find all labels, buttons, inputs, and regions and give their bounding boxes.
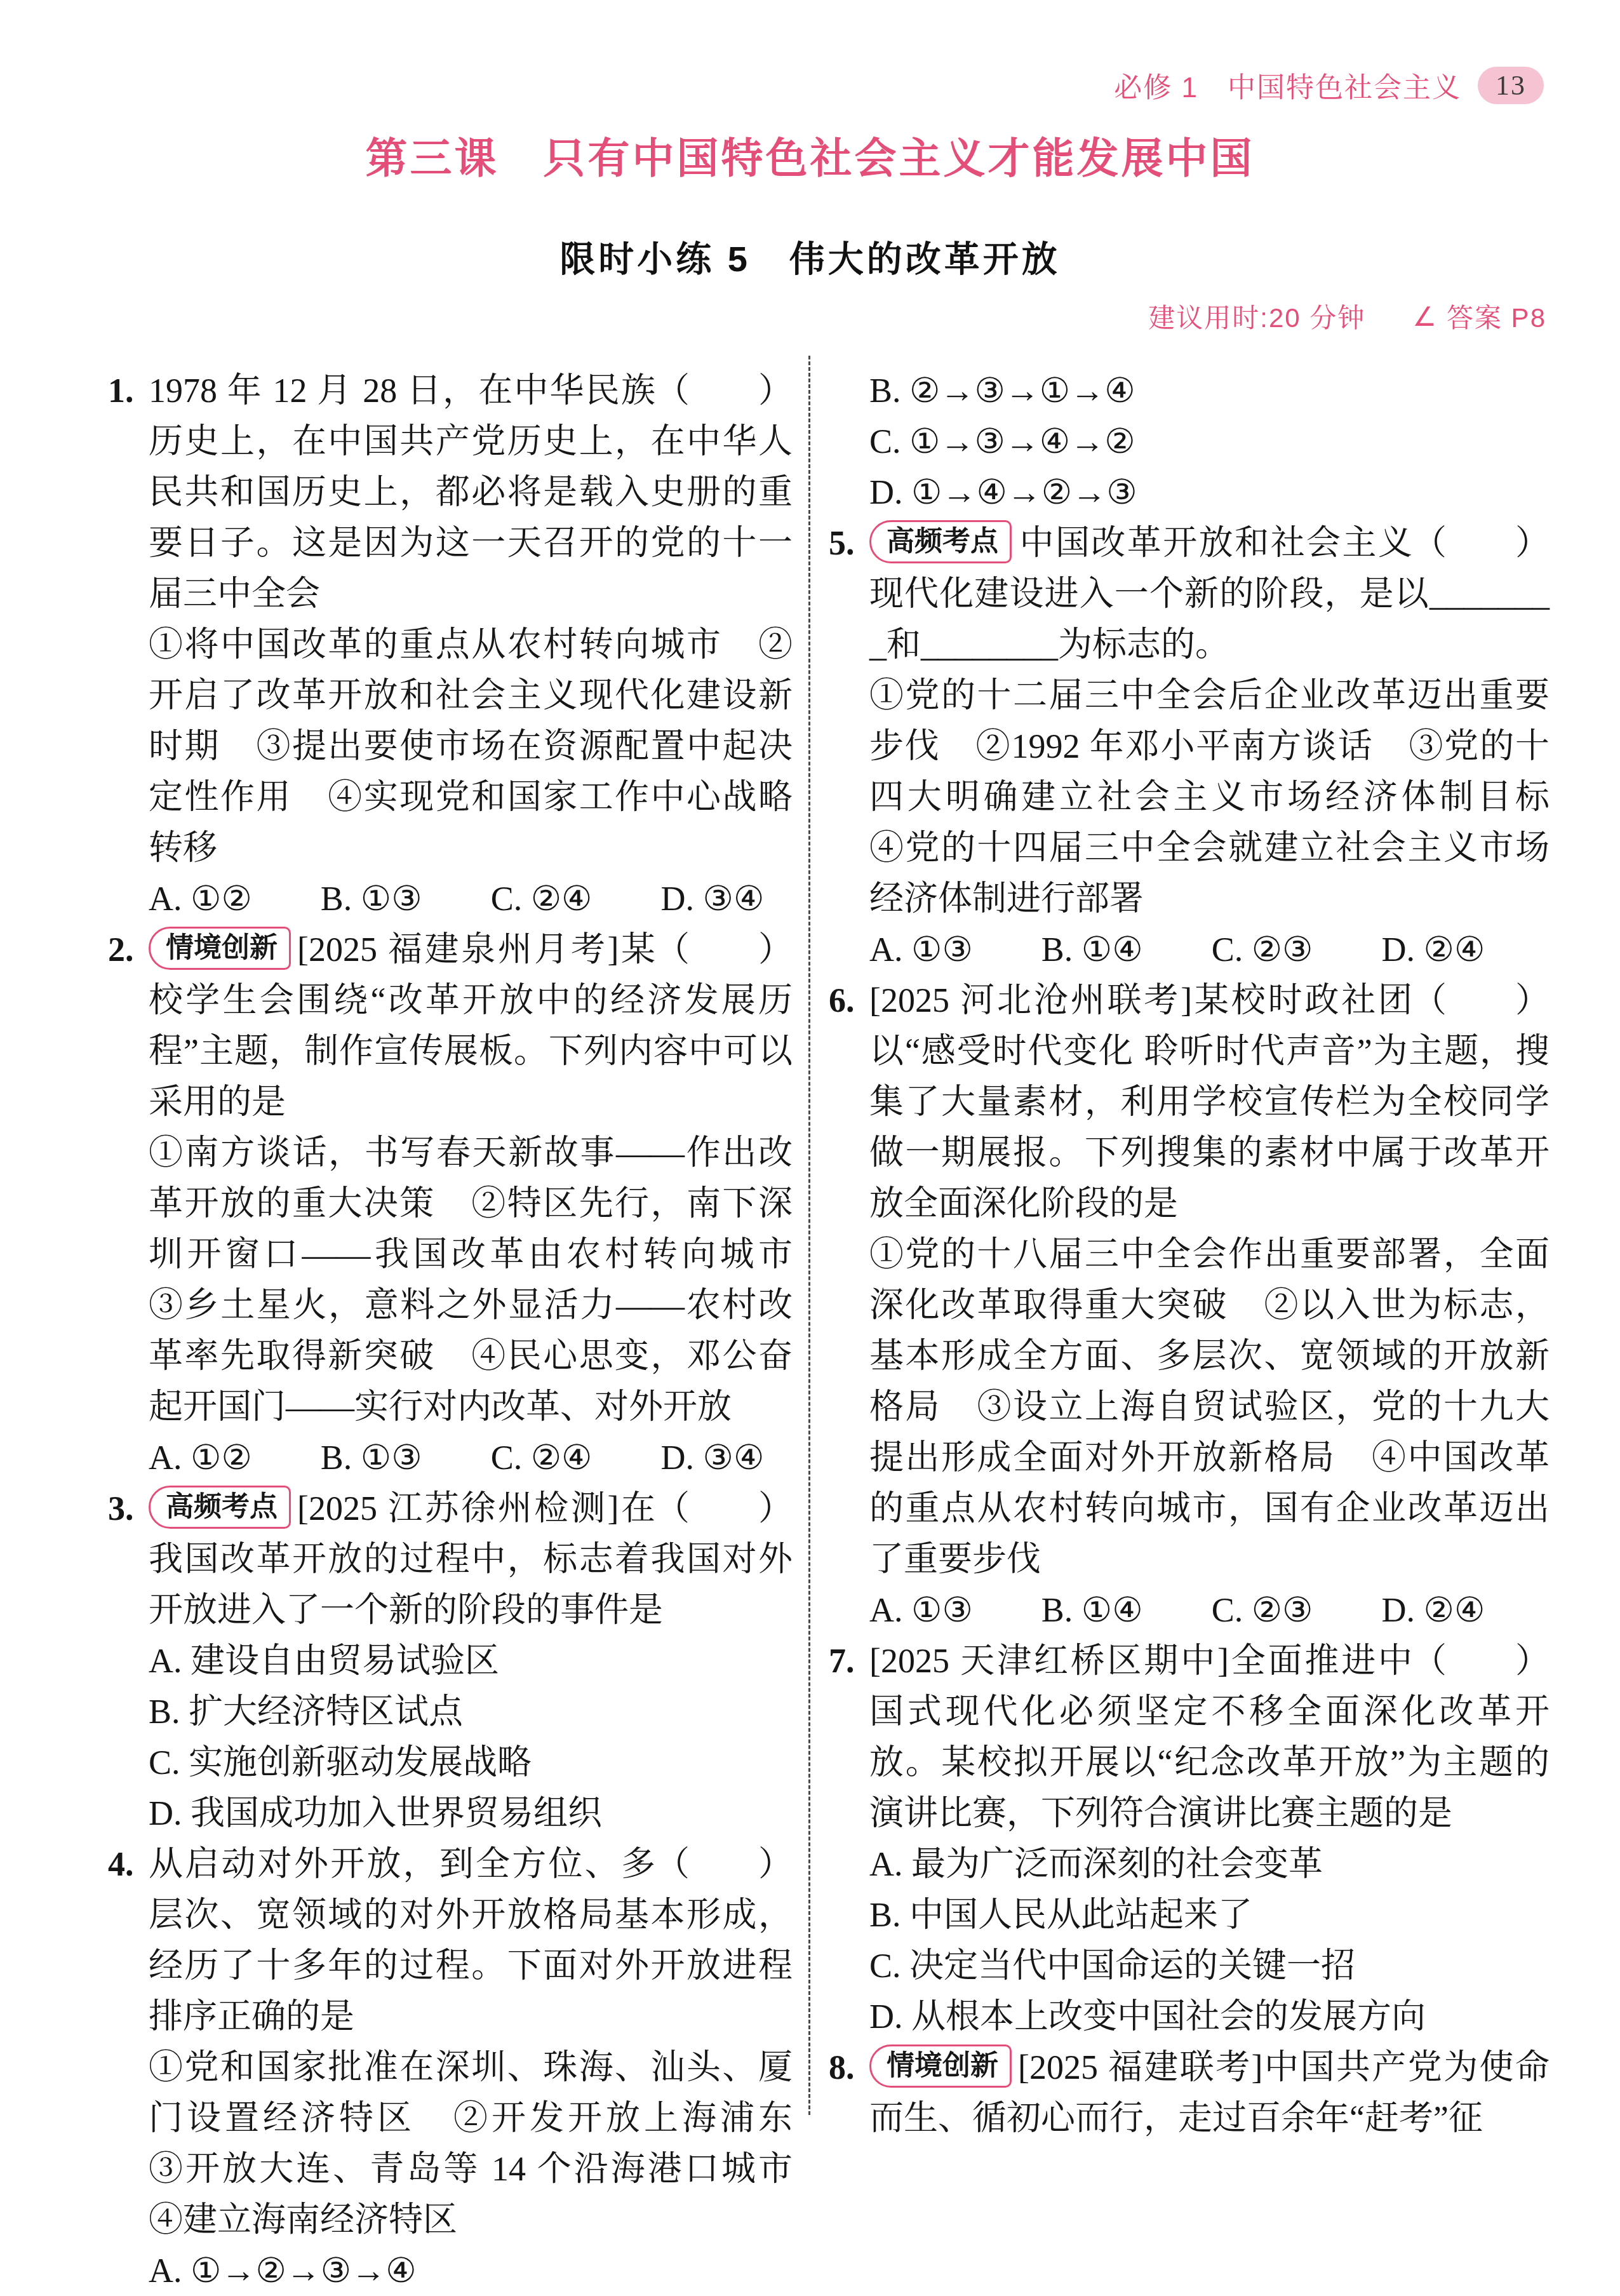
question-3: 3. （ ）高频考点[2025 江苏徐州检测]在我国改革开放的过程中，标志着我国… [108, 1483, 793, 1839]
answer-reference: 答案 P8 [1447, 297, 1546, 335]
option-line-b: B. 中国人民从此站起来了 [869, 1890, 1550, 1940]
question-stem: （ ）1978 年 12 月 28 日，在中华民族历史上，在中国共产党历史上，在… [149, 365, 793, 619]
question-2: 2. （ ）情境创新[2025 福建泉州月考]某校学生会围绕“改革开放中的经济发… [108, 924, 793, 1483]
situational-innovation-badge: 情境创新 [869, 2044, 1012, 2088]
answer-bracket: （ ） [1412, 1635, 1550, 1686]
question-options: A. ①② B. ①③ C. ②④ D. ③④ [149, 1432, 793, 1483]
suggested-time: 建议用时:20 分钟 [1148, 297, 1365, 335]
question-source: [2025 河北沧州联考] [869, 981, 1192, 1019]
answer-bracket: （ ） [1412, 518, 1550, 568]
meta-line: 建议用时:20 分钟 ∠ 答案 P8 [1148, 297, 1546, 335]
question-items: ①党的十二届三中全会后企业改革迈出重要步伐 ②1992 年邓小平南方谈话 ③党的… [869, 670, 1550, 924]
option-line-a: A. 最为广泛而深刻的社会变革 [869, 1839, 1550, 1890]
question-number: 6. [829, 975, 855, 1026]
question-8: 8. 情境创新[2025 福建联考]中国共产党为使命而生、循初心而行，走过百余年… [829, 2042, 1550, 2144]
answer-bracket: （ ） [655, 1839, 793, 1890]
question-7: 7. （ ）[2025 天津红桥区期中]全面推进中国式现代化必须坚定不移全面深化… [829, 1635, 1550, 2042]
question-4-options-continuation: B. ②→③→①→④ C. ①→③→④→② D. ①→④→②→③ [829, 365, 1550, 518]
question-source: [2025 江苏徐州检测] [297, 1489, 619, 1527]
option-line-b: B. 扩大经济特区试点 [149, 1686, 793, 1737]
question-options: A. ①③ B. ①④ C. ②③ D. ②④ [869, 924, 1550, 975]
question-number: 2. [108, 924, 134, 975]
exercise-title: 限时小练 5 伟大的改革开放 [0, 231, 1620, 282]
option-line-a: A. ①→②→③→④ [149, 2245, 793, 2296]
high-frequency-point-badge: 高频考点 [869, 520, 1012, 563]
question-number: 5. [829, 518, 855, 568]
option-line-c: C. ①→③→④→② [869, 416, 1550, 467]
answer-pencil-icon: ∠ [1412, 301, 1438, 332]
option-line-d: D. 从根本上改变中国社会的发展方向 [869, 1991, 1550, 2042]
answer-bracket: （ ） [1412, 975, 1550, 1026]
question-number: 3. [108, 1483, 134, 1534]
question-source: [2025 福建泉州月考] [297, 930, 619, 969]
question-stem: （ ）[2025 河北沧州联考]某校时政社团以“感受时代变化 聆听时代声音”为主… [869, 975, 1550, 1229]
question-1: 1. （ ）1978 年 12 月 28 日，在中华民族历史上，在中国共产党历史… [108, 365, 793, 924]
question-stem: （ ）情境创新[2025 福建泉州月考]某校学生会围绕“改革开放中的经济发展历程… [149, 924, 793, 1127]
answer-bracket: （ ） [655, 365, 793, 416]
question-number: 8. [829, 2042, 855, 2093]
question-stem: （ ）[2025 天津红桥区期中]全面推进中国式现代化必须坚定不移全面深化改革开… [869, 1635, 1550, 1839]
course-label: 必修 1 中国特色社会主义 [1114, 65, 1461, 105]
question-number: 1. [108, 365, 134, 416]
right-column: B. ②→③→①→④ C. ①→③→④→② D. ①→④→②→③ 5. （ ）高… [829, 365, 1550, 2144]
question-options: A. ①② B. ①③ C. ②④ D. ③④ [149, 873, 793, 924]
answer-bracket: （ ） [655, 924, 793, 975]
question-source: [2025 天津红桥区期中] [869, 1642, 1229, 1680]
lesson-title: 第三课 只有中国特色社会主义才能发展中国 [0, 124, 1620, 185]
page-header: 必修 1 中国特色社会主义 13 [1114, 65, 1544, 105]
option-line-a: A. 建设自由贸易试验区 [149, 1635, 793, 1686]
option-line-b: B. ②→③→①→④ [869, 365, 1550, 416]
question-number: 7. [829, 1635, 855, 1686]
option-line-d: D. ①→④→②→③ [869, 467, 1550, 518]
question-5: 5. （ ）高频考点中国改革开放和社会主义现代化建设进入一个新的阶段，是以___… [829, 518, 1550, 975]
high-frequency-point-badge: 高频考点 [149, 1486, 291, 1529]
question-4: 4. （ ）从启动对外开放，到全方位、多层次、宽领域的对外开放格局基本形成，经历… [108, 1839, 793, 2296]
question-items: ①党和国家批准在深圳、珠海、汕头、厦门设置经济特区 ②开发开放上海浦东 ③开放大… [149, 2042, 793, 2245]
question-stem: （ ）从启动对外开放，到全方位、多层次、宽领域的对外开放格局基本形成，经历了十多… [149, 1839, 793, 2042]
question-items: ①南方谈话，书写春天新故事——作出改革开放的重大决策 ②特区先行，南下深圳开窗口… [149, 1127, 793, 1432]
question-6: 6. （ ）[2025 河北沧州联考]某校时政社团以“感受时代变化 聆听时代声音… [829, 975, 1550, 1635]
question-stem: （ ）高频考点[2025 江苏徐州检测]在我国改革开放的过程中，标志着我国对外开… [149, 1483, 793, 1635]
left-column: 1. （ ）1978 年 12 月 28 日，在中华民族历史上，在中国共产党历史… [108, 365, 793, 2296]
situational-innovation-badge: 情境创新 [149, 927, 291, 970]
question-items: ①将中国改革的重点从农村转向城市 ②开启了改革开放和社会主义现代化建设新时期 ③… [149, 619, 793, 873]
question-number: 4. [108, 1839, 134, 1890]
option-line-d: D. 我国成功加入世界贸易组织 [149, 1788, 793, 1839]
question-source: [2025 福建联考] [1018, 2048, 1263, 2086]
question-stem: （ ）高频考点中国改革开放和社会主义现代化建设进入一个新的阶段，是以______… [869, 518, 1550, 670]
workbook-page: { "colors": { "accent": "#e34f78", "page… [0, 0, 1620, 2257]
option-line-c: C. 实施创新驱动发展战略 [149, 1737, 793, 1788]
question-options: A. ①③ B. ①④ C. ②③ D. ②④ [869, 1585, 1550, 1635]
question-items: ①党的十八届三中全会作出重要部署，全面深化改革取得重大突破 ②以入世为标志，基本… [869, 1229, 1550, 1585]
page-number-badge: 13 [1478, 67, 1544, 104]
answer-bracket: （ ） [655, 1483, 793, 1534]
question-stem: 情境创新[2025 福建联考]中国共产党为使命而生、循初心而行，走过百余年“赶考… [869, 2042, 1550, 2144]
option-line-c: C. 决定当代中国命运的关键一招 [869, 1940, 1550, 1991]
